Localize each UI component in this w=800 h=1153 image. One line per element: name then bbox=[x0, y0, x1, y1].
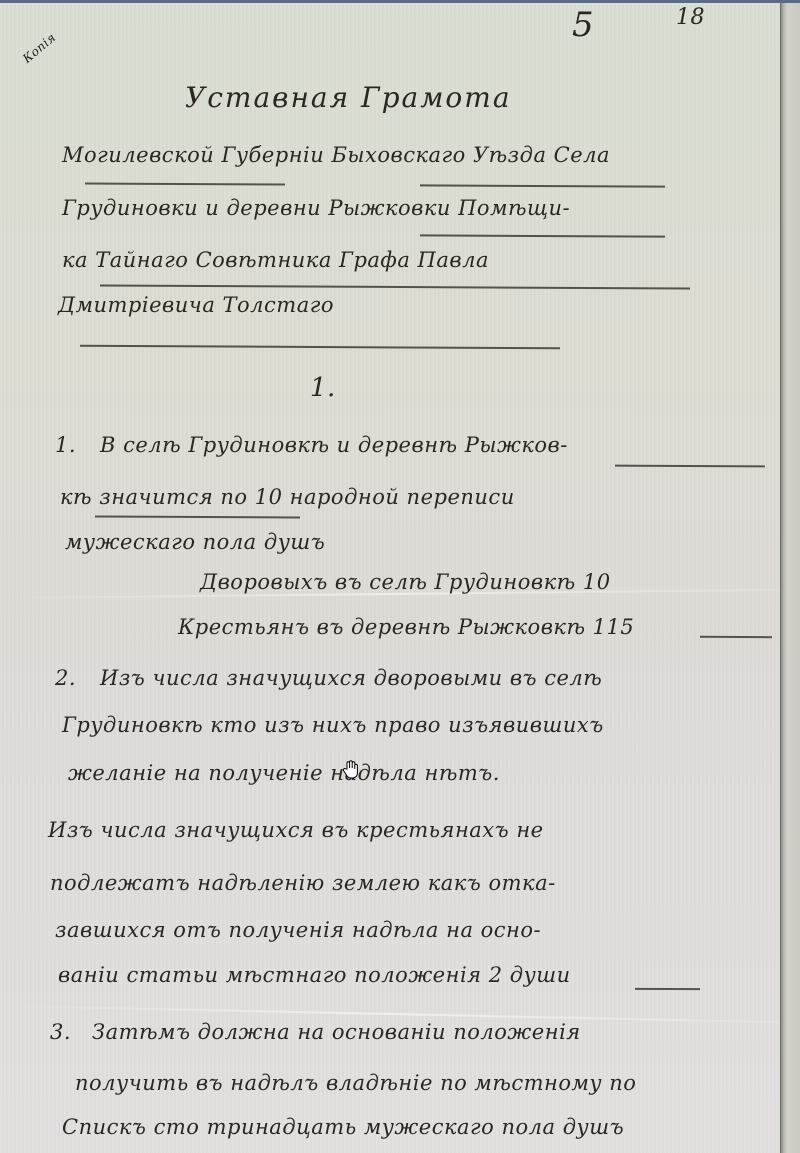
corner-stamp: Копія bbox=[20, 30, 59, 65]
paragraph-line: Спискъ сто тринадцать мужескаго пола душ… bbox=[62, 1115, 624, 1139]
paragraph-line: Дворовыхъ въ селѣ Грудиновкѣ 10 bbox=[200, 570, 611, 594]
paragraph-line: подлежатъ надѣленію землею какъ отка- bbox=[50, 871, 556, 895]
underline bbox=[615, 465, 765, 467]
paragraph-line: мужескаго пола душъ bbox=[65, 530, 325, 554]
folio-number-left: 5 bbox=[572, 5, 594, 45]
underline bbox=[420, 184, 665, 187]
paragraph-number: 2. bbox=[55, 666, 76, 690]
underline bbox=[635, 988, 700, 990]
header-line: ка Тайнаго Совѣтника Графа Павла bbox=[62, 248, 489, 272]
paragraph-line: Изъ числа значущихся дворовыми въ селѣ bbox=[100, 666, 602, 690]
paragraph-line: ваніи статьи мѣстнаго положенія 2 души bbox=[58, 963, 571, 987]
paragraph-number: 1. bbox=[55, 433, 76, 457]
paragraph-line: завшихся отъ полученія надѣла на осно- bbox=[55, 918, 541, 942]
paragraph-line: Крестьянъ въ деревнѣ Рыжковкѣ 115 bbox=[178, 615, 634, 639]
paragraph-number: 3. bbox=[50, 1020, 71, 1044]
hand-cursor-icon bbox=[342, 760, 360, 780]
header-line: Могилевской Губерніи Быховскаго Уѣзда Се… bbox=[62, 143, 610, 167]
paragraph-line: получить въ надѣлъ владѣніе по мѣстному … bbox=[75, 1071, 636, 1095]
paragraph-line: В селѣ Грудиновкѣ и деревнѣ Рыжков- bbox=[100, 433, 568, 457]
page-binding-edge bbox=[780, 3, 800, 1153]
underline bbox=[420, 234, 665, 237]
paragraph-line: желаніе на полученіе надѣла нѣтъ. bbox=[68, 761, 500, 785]
paragraph-line: кѣ значится по 10 народной переписи bbox=[60, 485, 515, 509]
header-line: Дмитріевича Толстаго bbox=[58, 293, 334, 317]
manuscript-page: Копія 5 18 Уставная Грамота Могилевской … bbox=[0, 3, 780, 1153]
underline bbox=[80, 345, 560, 349]
underline bbox=[100, 284, 690, 289]
section-number: 1. bbox=[310, 373, 336, 403]
header-line: Грудиновки и деревни Рыжковки Помѣщи- bbox=[62, 196, 570, 220]
paragraph-line: Изъ числа значущихся въ крестьянахъ не bbox=[48, 818, 544, 842]
underline bbox=[95, 515, 300, 518]
paragraph-line: Грудиновкѣ кто изъ нихъ право изъявивших… bbox=[62, 713, 604, 737]
paragraph-line: Затѣмъ должна на основаніи положенія bbox=[92, 1020, 581, 1044]
underline bbox=[85, 182, 285, 185]
underline bbox=[700, 636, 772, 638]
document-title: Уставная Грамота bbox=[185, 81, 512, 114]
folio-number-right: 18 bbox=[676, 5, 705, 30]
